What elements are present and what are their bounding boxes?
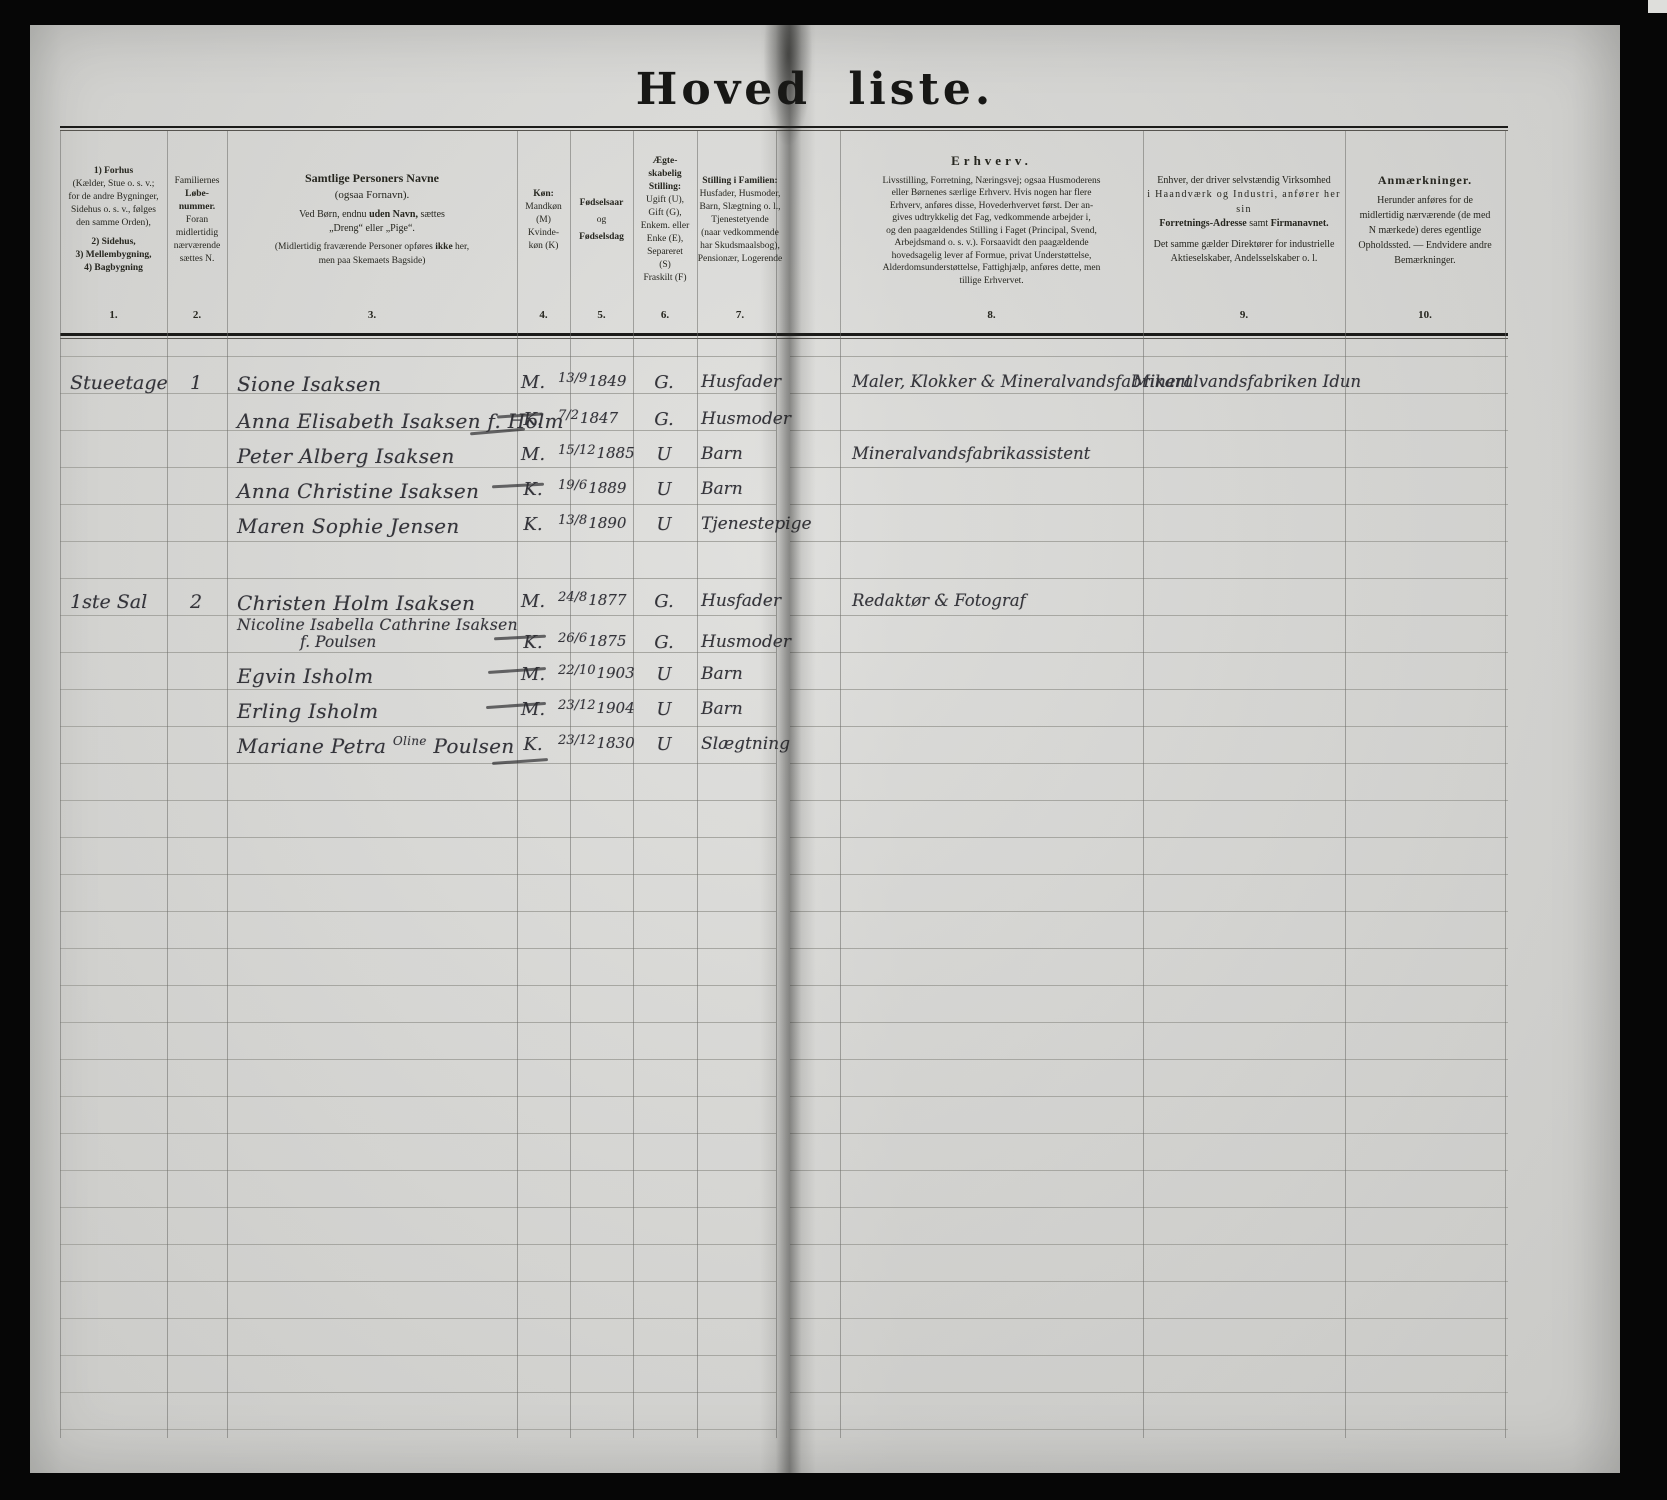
header-text-bold: uden Navn, — [369, 209, 418, 220]
family-position: Husmoder — [701, 632, 797, 652]
header-line: 4) Bagbygning — [84, 262, 143, 275]
person-name: Maren Sophie Jensen — [237, 514, 537, 538]
header-line: Mandkøn — [525, 201, 561, 214]
family-number-value: 1 — [167, 372, 225, 394]
column-number: 8. — [840, 309, 1143, 331]
birth-year: 1890 — [588, 514, 626, 532]
marital-status: G. — [633, 591, 695, 612]
column-number: 5. — [570, 309, 633, 331]
column-number: 6. — [633, 309, 697, 331]
person-name: Christen Holm Isaksen — [237, 591, 537, 615]
birth-day-month: 13/9 — [558, 371, 587, 386]
birth-year: 1903 — [596, 664, 634, 682]
birth-day-month: 13/8 — [558, 513, 587, 528]
column-number: 10. — [1345, 309, 1505, 331]
family-number-value: 2 — [167, 591, 225, 613]
birth-day-month: 22/10 — [558, 663, 595, 678]
person-name: Peter Alberg Isaksen — [237, 444, 537, 468]
birth-date: 23/121904 — [558, 699, 638, 717]
name-part: Poulsen — [433, 734, 514, 758]
header-line: den samme Orden), — [76, 217, 151, 230]
person-name: Erling Isholm — [237, 699, 537, 723]
header-line: 1) Forhus — [94, 165, 133, 178]
family-position: Barn — [701, 664, 797, 684]
residence-value: 1ste Sal — [70, 591, 170, 613]
header-line: Husfader, Husmoder, — [700, 188, 781, 201]
header-line: for de andre Bygninger, — [68, 191, 158, 204]
header-line: Køn: — [533, 188, 554, 201]
birth-date: 15/121885 — [558, 444, 638, 462]
birth-day-month: 23/12 — [558, 698, 595, 713]
birth-year: 1889 — [588, 479, 626, 497]
header-line: 2) Sidehus, — [91, 236, 135, 249]
marital-status: U — [633, 664, 695, 685]
header-line: Foran — [186, 214, 208, 227]
header-line: Stilling i Familien: — [702, 175, 777, 188]
header-line: „Dreng“ eller „Pige“. — [329, 222, 415, 236]
column-header-forretningsadresse: Enhver, der driver selvstændig Virksomhe… — [1143, 134, 1345, 306]
header-line: Sidehus o. s. v., følges — [71, 204, 156, 217]
birth-day-month: 26/6 — [558, 631, 587, 646]
header-line: Familiernes — [175, 175, 220, 188]
person-name: Nicoline Isabella Cathrine Isaksen — [237, 616, 537, 634]
header-line: har Skudsmaalsbog), — [700, 240, 780, 253]
sex-value: K. — [505, 479, 561, 500]
birth-year: 1830 — [596, 734, 634, 752]
header-line: Samtlige Personers Navne — [305, 172, 439, 186]
header-line: Separeret — [647, 246, 683, 259]
header-line: (ogsaa Fornavn). — [335, 189, 410, 203]
birth-day-month: 19/6 — [558, 478, 587, 493]
sex-value: M. — [505, 372, 561, 393]
family-position: Husfader — [701, 372, 797, 392]
header-line: Forretnings-Adresse samt Firmanavnet. — [1159, 217, 1328, 232]
header-line: køn (K) — [529, 240, 559, 253]
header-line: Bemærkninger. — [1394, 253, 1455, 268]
person-name: Anna Christine Isaksen — [237, 479, 537, 503]
column-header-kon: Køn: Mandkøn (M) Kvinde- køn (K) — [517, 134, 570, 306]
birth-day-month: 7/2 — [558, 408, 579, 423]
header-line: Ugift (U), — [646, 194, 684, 207]
scanned-census-page: Hoved liste. 1) Forhus (Kælder, Stue o. … — [0, 0, 1667, 1500]
header-line: Arbejdsmand o. s. v.). Forsaavidt den pa… — [894, 237, 1088, 250]
sex-value: K. — [505, 734, 561, 755]
header-line: Fødselsaar — [580, 195, 624, 212]
column-number: 1. — [60, 309, 167, 331]
header-line: (Midlertidig fraværende Personer opføres… — [275, 241, 469, 255]
person-name-line2: f. Poulsen — [300, 633, 376, 651]
column-header-stilling-i-familien: Stilling i Familien: Husfader, Husmoder,… — [697, 134, 783, 306]
title-rule-thin — [60, 130, 1508, 131]
family-position: Barn — [701, 444, 797, 464]
birth-day-month: 15/12 — [558, 443, 595, 458]
column-line — [1505, 131, 1506, 1438]
marital-status: U — [633, 479, 695, 500]
marital-status: G. — [633, 409, 695, 430]
column-header-aegteskabelig: Ægte- skabelig Stilling: Ugift (U), Gift… — [633, 134, 697, 306]
birth-year: 1875 — [588, 632, 626, 650]
header-line: Ved Børn, endnu uden Navn, sættes — [299, 208, 445, 222]
header-text-bold: Firmanavnet. — [1271, 218, 1329, 229]
birth-date: 19/61889 — [558, 479, 638, 497]
header-line: (naar vedkommende — [701, 227, 779, 240]
header-line: eller Børnenes særlige Erhverv. Hvis nog… — [892, 187, 1092, 200]
column-number: 7. — [697, 309, 783, 331]
family-position: Husmoder — [701, 409, 797, 429]
family-position: Husfader — [701, 591, 797, 611]
header-line: Fødselsdag — [579, 229, 624, 246]
column-header-forhus: 1) Forhus (Kælder, Stue o. s. v.; for de… — [60, 134, 167, 306]
header-line: gives udtrykkelig det Fag, vedkommende a… — [892, 212, 1090, 225]
header-line: hovedsagelig lever af Formue, privat Und… — [892, 250, 1092, 263]
family-position: Barn — [701, 699, 797, 719]
birth-date: 24/81877 — [558, 591, 638, 609]
column-header-erhverv: Erhverv. Livsstilling, Forretning, Nærin… — [840, 134, 1143, 306]
header-line: (Kælder, Stue o. s. v.; — [73, 178, 155, 191]
header-text: sættes — [418, 209, 445, 220]
occupation-value: Redaktør & Fotograf — [852, 591, 1152, 610]
header-line: Enkem. eller — [641, 220, 690, 233]
header-line: Kvinde- — [528, 227, 559, 240]
header-line: (M) — [536, 214, 551, 227]
marital-status: U — [633, 444, 695, 465]
header-line: Løbe- — [185, 188, 209, 201]
header-bottom-rule — [60, 333, 1508, 336]
birth-year: 1849 — [588, 372, 626, 390]
header-line: midlertidig — [176, 227, 218, 240]
marital-status: U — [633, 699, 695, 720]
residence-value: Stueetage — [70, 372, 170, 394]
header-line: Livsstilling, Forretning, Næringsvej; og… — [883, 175, 1101, 188]
corner-notch — [1648, 0, 1667, 13]
column-header-anmaerkninger: Anmærkninger. Herunder anføres for de mi… — [1345, 134, 1505, 306]
birth-date: 13/81890 — [558, 514, 638, 532]
birth-date: 13/91849 — [558, 372, 638, 390]
header-line: Stilling: — [649, 181, 681, 194]
header-text: Ved Børn, endnu — [299, 209, 369, 220]
header-line: Tjenestetyende — [711, 214, 769, 227]
header-line: N mærkede) deres egentlige — [1369, 223, 1481, 238]
header-text-bold: ikke — [435, 242, 452, 252]
person-name: Sione Isaksen — [237, 372, 537, 396]
header-title: Anmærkninger. — [1378, 173, 1472, 188]
header-text: samt — [1247, 218, 1271, 229]
header-line: 3) Mellembygning, — [76, 249, 152, 262]
name-part: Mariane Petra — [237, 734, 386, 758]
birth-date: 23/121830 — [558, 734, 638, 752]
marital-status: U — [633, 734, 695, 755]
marital-status: U — [633, 514, 695, 535]
birth-year: 1904 — [596, 699, 634, 717]
header-line: Alderdomsunderstøttelse, Fattighjælp, an… — [883, 262, 1101, 275]
header-line: Det samme gælder Direktører for industri… — [1154, 238, 1335, 253]
header-line: Gift (G), — [648, 207, 681, 220]
header-line: i Haandværk og Industri, anfører her sin — [1143, 188, 1345, 217]
column-number: 3. — [227, 309, 517, 331]
ruled-lines-right-page — [790, 339, 1508, 1437]
sex-value: M. — [505, 444, 561, 465]
birth-day-month: 23/12 — [558, 733, 595, 748]
business-name: Mineralvandsfabriken Idun — [1133, 372, 1363, 391]
column-header-navne: Samtlige Personers Navne (ogsaa Fornavn)… — [227, 134, 517, 306]
header-line: Enhver, der driver selvstændig Virksomhe… — [1157, 174, 1331, 189]
header-line: Pensionær, Logerende — [698, 253, 783, 266]
family-position: Slægtning — [701, 734, 797, 754]
birth-date: 26/61875 — [558, 632, 638, 650]
column-header-fodselsdag: Fødselsaar og Fødselsdag — [570, 134, 633, 306]
sex-value: K. — [505, 514, 561, 535]
birth-date: 22/101903 — [558, 664, 638, 682]
header-line: (S) — [659, 259, 671, 272]
birth-day-month: 24/8 — [558, 590, 587, 605]
birth-year: 1847 — [580, 409, 618, 427]
header-line: Barn, Slægtning o. l., — [699, 201, 780, 214]
header-line: skabelig — [648, 168, 681, 181]
birth-date: 7/21847 — [558, 409, 638, 427]
marital-status: G. — [633, 372, 695, 393]
family-position: Barn — [701, 479, 797, 499]
title-rule — [60, 126, 1508, 128]
header-line: nummer. — [179, 201, 215, 214]
header-line: sættes N. — [180, 253, 215, 266]
family-position: Tjenestepige — [701, 514, 797, 534]
header-text-bold: Forretnings-Adresse — [1159, 218, 1246, 229]
name-superscript: Oline — [393, 734, 427, 748]
header-line: Opholdssted. — Endvidere andre — [1358, 238, 1491, 253]
header-line: tillige Erhvervet. — [959, 275, 1023, 288]
person-name: Mariane Petra Oline Poulsen — [237, 734, 537, 758]
page-title: Hoved liste. — [120, 64, 1510, 115]
header-line: Enke (E), — [647, 233, 683, 246]
column-number: 9. — [1143, 309, 1345, 331]
header-line: Aktieselskaber, Andelsselskaber o. l. — [1171, 252, 1318, 267]
header-text: her, — [453, 242, 470, 252]
header-text: (Midlertidig fraværende Personer opføres — [275, 242, 435, 252]
occupation-value: Maler, Klokker & Mineralvandsfabrikant — [852, 372, 1152, 391]
birth-year: 1885 — [596, 444, 634, 462]
column-header-lobenummer: Familiernes Løbe- nummer. Foran midlerti… — [167, 134, 227, 306]
header-line: Ægte- — [653, 155, 678, 168]
header-line: nærværende — [174, 240, 220, 253]
marital-status: G. — [633, 632, 695, 653]
header-line: Fraskilt (F) — [643, 272, 686, 285]
birth-year: 1877 — [588, 591, 626, 609]
occupation-value: Mineralvandsfabrikassistent — [852, 444, 1152, 463]
sex-value: M. — [505, 591, 561, 612]
header-line: Erhverv, anføres disse, Hovederhvervet f… — [890, 200, 1093, 213]
header-line: midlertidig nærværende (de med — [1360, 208, 1491, 223]
header-line: men paa Skemaets Bagside) — [319, 255, 426, 269]
header-line: og den paagældendes Stilling i Faget (Pr… — [886, 225, 1097, 238]
person-name: Egvin Isholm — [237, 664, 537, 688]
column-number: 2. — [167, 309, 227, 331]
column-number: 4. — [517, 309, 570, 331]
header-line: Herunder anføres for de — [1377, 193, 1473, 208]
header-line: og — [597, 212, 607, 229]
header-title: Erhverv. — [951, 153, 1032, 169]
